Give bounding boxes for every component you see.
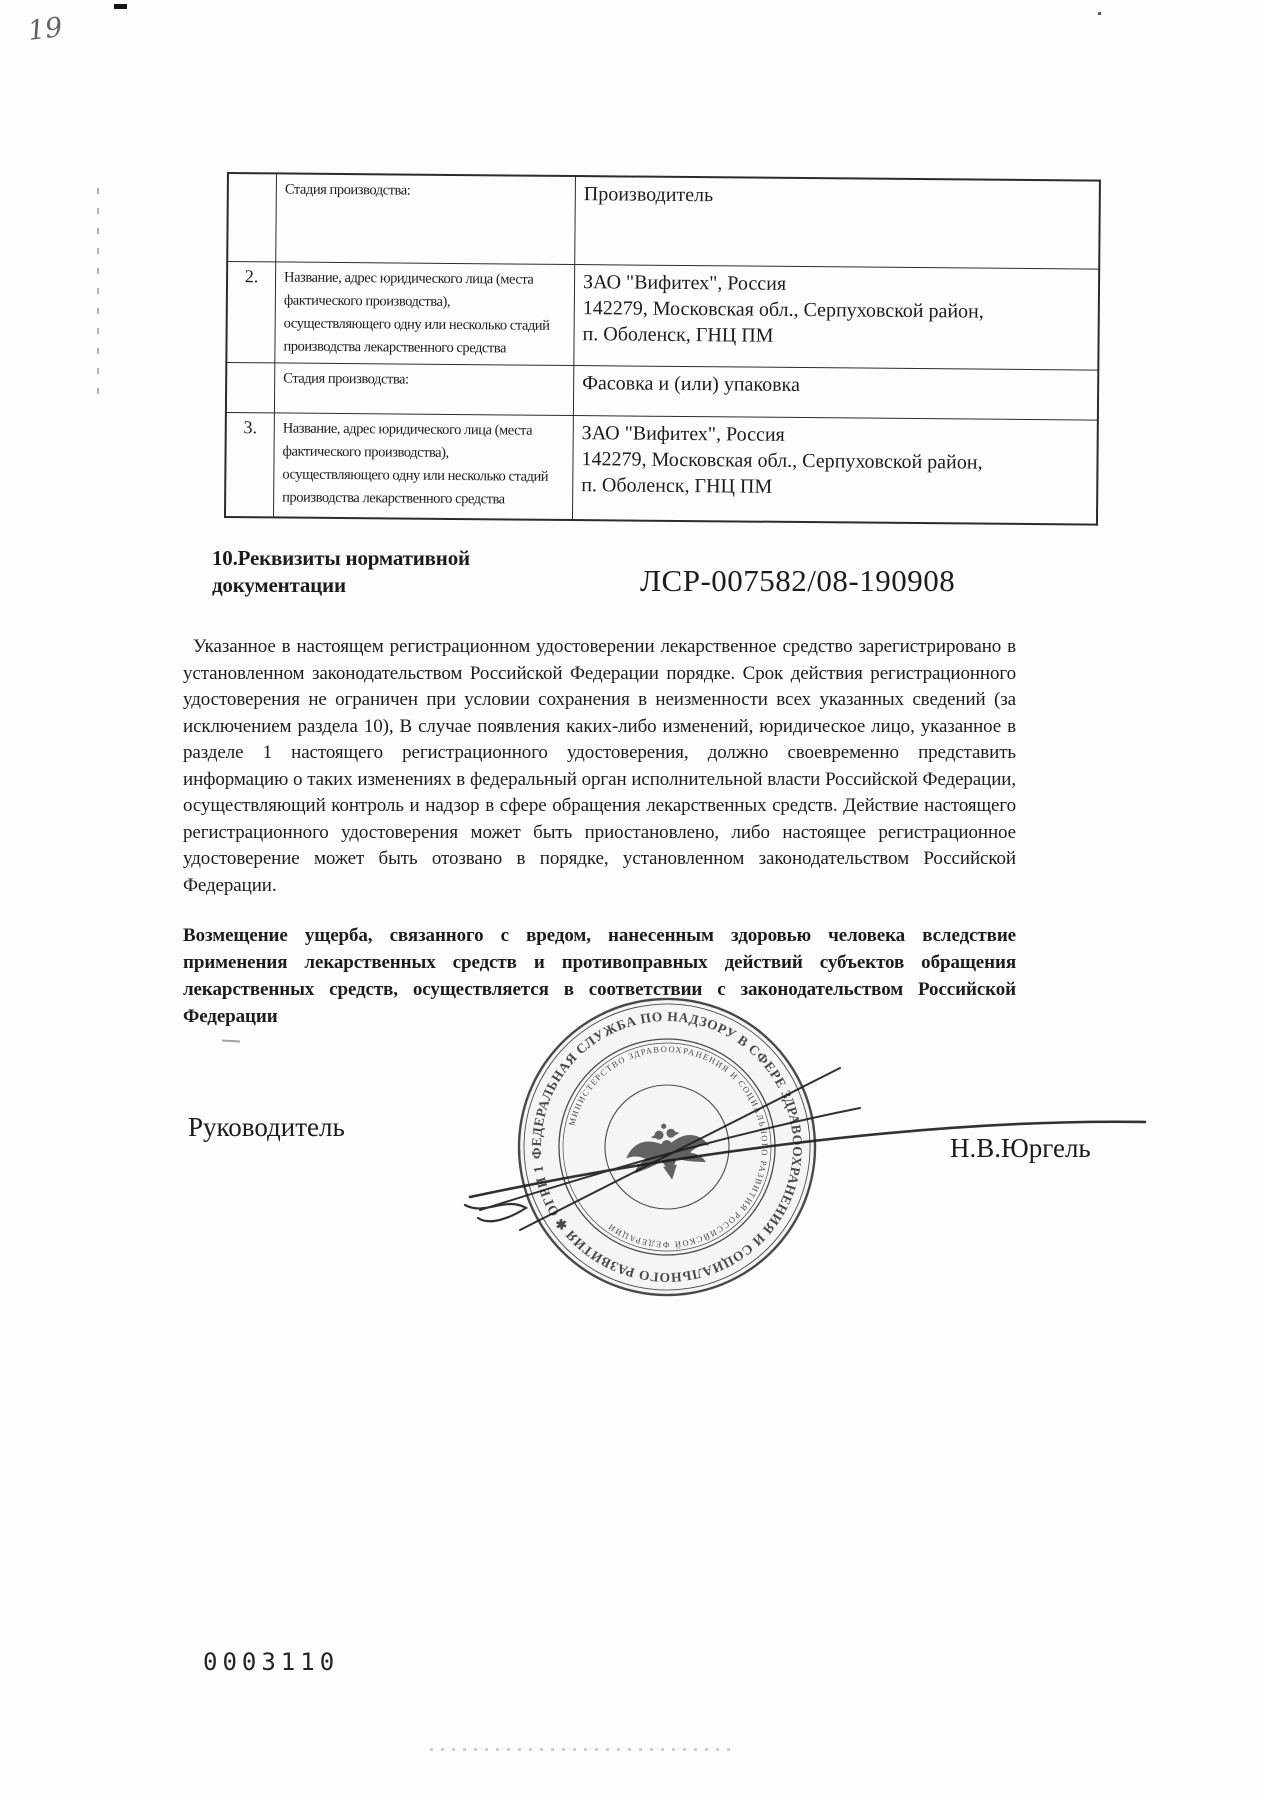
registration-document-number: ЛСР-007582/08-190908 xyxy=(640,563,955,599)
signature-scribble xyxy=(430,1020,1170,1280)
row-number-cell: 2. xyxy=(226,261,275,362)
table-row: Стадия производства: Производитель xyxy=(227,173,1100,269)
legal-paragraph-registration: Указанное в настоящем регистрационном уд… xyxy=(183,634,1016,899)
manufacturer-value-cell: ЗАО "Вифитех", Россия 142279, Московская… xyxy=(572,415,1097,525)
manufacturing-table-wrap: Стадия производства: Производитель 2. На… xyxy=(224,172,1101,526)
manufacturer-label-cell: Название, адрес юридического лица (места… xyxy=(273,412,573,520)
scan-artifact-dash xyxy=(222,1040,240,1043)
table-row: Стадия производства: Фасовка и (или) упа… xyxy=(226,362,1098,420)
signature-role-label: Руководитель xyxy=(188,1112,345,1143)
table-row: 3. Название, адрес юридического лица (ме… xyxy=(225,412,1098,525)
row-number-cell xyxy=(227,173,276,261)
stage-label-cell: Стадия производства: xyxy=(274,362,573,415)
manufacturer-label-cell: Название, адрес юридического лица (места… xyxy=(275,261,575,365)
row-number-cell: 3. xyxy=(225,412,274,517)
scan-artifact-fold-line xyxy=(97,188,99,398)
scanned-document-page: 19 Стадия производства: Производитель 2.… xyxy=(0,0,1264,1800)
signature-ink xyxy=(430,1020,1170,1280)
stage-value-cell: Фасовка и (или) упаковка xyxy=(573,365,1098,420)
manufacturer-value-cell: ЗАО "Вифитех", Россия 142279, Московская… xyxy=(574,264,1099,370)
scan-artifact-dot xyxy=(1098,12,1101,15)
stage-label-cell: Стадия производства: xyxy=(276,173,576,264)
handwritten-page-number: 19 xyxy=(26,12,64,47)
scan-artifact-dash xyxy=(114,4,127,9)
scan-artifact-noise xyxy=(430,1748,730,1751)
row-number-cell xyxy=(226,362,275,412)
manufacturing-table: Стадия производства: Производитель 2. На… xyxy=(224,172,1101,526)
form-serial-number: 0003110 xyxy=(203,1648,339,1676)
section-10-heading: 10.Реквизиты нормативной документации xyxy=(212,545,552,599)
stage-value-cell: Производитель xyxy=(575,176,1100,269)
table-row: 2. Название, адрес юридического лица (ме… xyxy=(226,261,1099,370)
